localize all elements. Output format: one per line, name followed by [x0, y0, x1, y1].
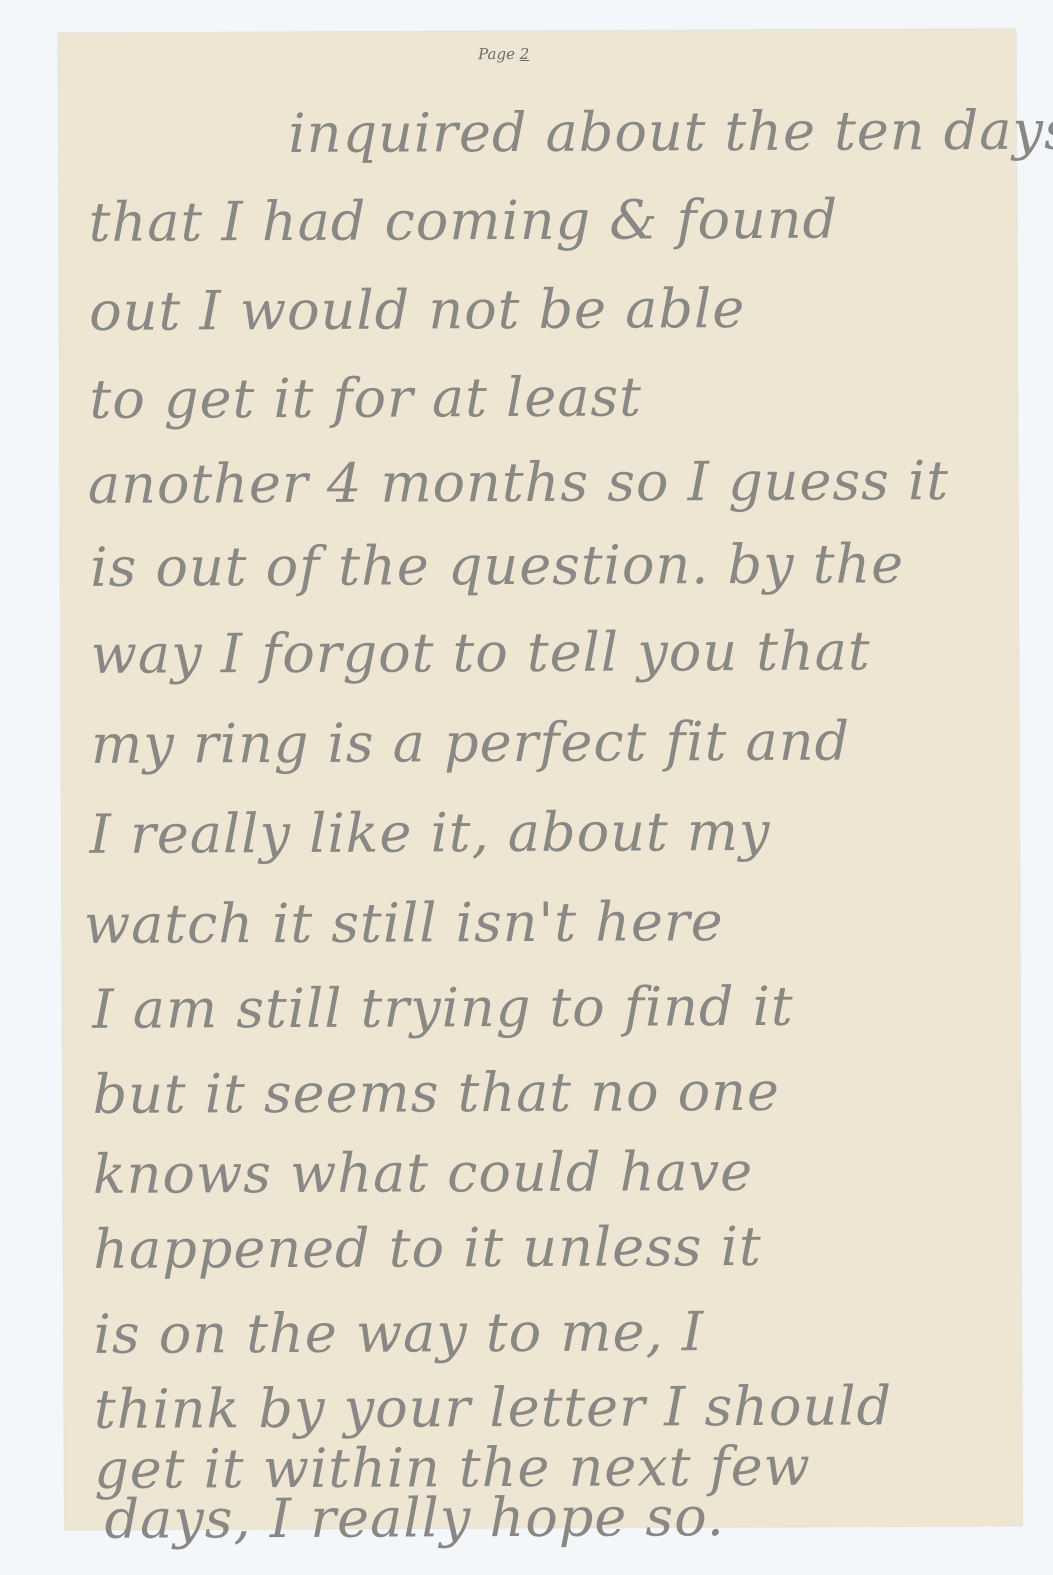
text-line: my ring is a perfect fit and [91, 710, 850, 776]
text-line: that I had coming & found [89, 188, 839, 254]
handwritten-text: inquired about the ten days that I had c… [58, 29, 1016, 33]
text-line: I really like it, about my [89, 800, 770, 866]
letter-page: Page 2 inquired about the ten days that … [58, 29, 1023, 1530]
page-label: Page [478, 45, 515, 63]
text-line: think by your letter I should [94, 1374, 892, 1440]
text-line: watch it still isn't here [84, 890, 724, 956]
text-line: another 4 months so I guess it [88, 449, 949, 516]
page-number: 2 [520, 45, 530, 63]
text-line: out I would not be able [89, 277, 745, 343]
text-line: way I forgot to tell you that [91, 619, 871, 685]
page-number-label: Page 2 [478, 45, 529, 63]
text-line: knows what could have [93, 1140, 753, 1206]
text-line: to get it for at least [89, 365, 642, 430]
text-line: but it seems that no one [92, 1060, 780, 1126]
text-line: is out of the question. by the [90, 532, 904, 599]
text-line: days, I really hope so. [104, 1485, 725, 1551]
text-line: is on the way to me, I [94, 1300, 705, 1366]
text-line: inquired about the ten days [288, 99, 1053, 165]
text-line: I am still trying to find it [92, 975, 794, 1041]
text-line: happened to it unless it [93, 1215, 762, 1281]
